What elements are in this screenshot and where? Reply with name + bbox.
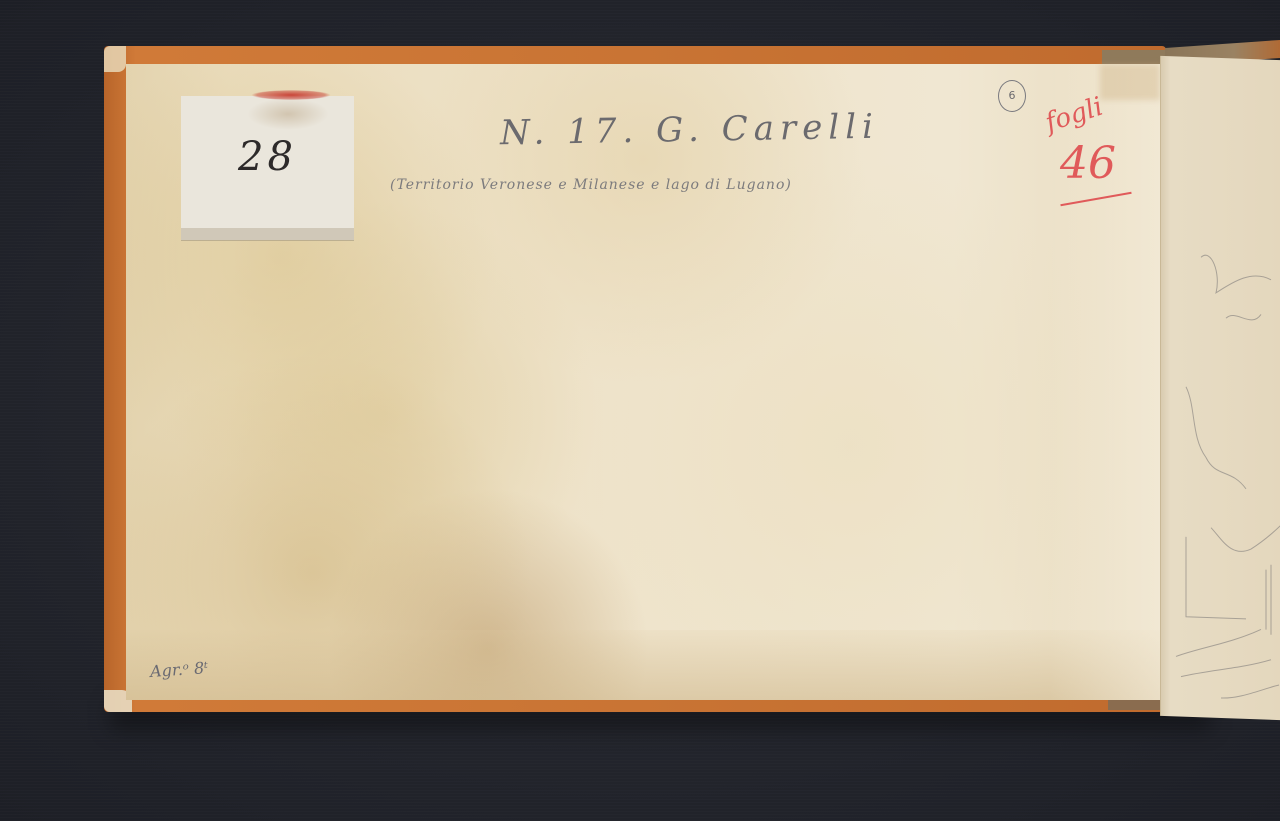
pencil-sketch-icon — [1161, 56, 1280, 720]
handwritten-subtitle: (Territorio Veronese e Milanese e lago d… — [390, 177, 792, 193]
label-stain — [247, 98, 329, 130]
label-number: 28 — [181, 134, 354, 180]
worn-corner-top-left — [104, 46, 126, 72]
handwritten-title: N. 17. G. Carelli — [500, 107, 880, 154]
facing-page-sketch — [1160, 56, 1280, 720]
label-bottom-strip — [181, 228, 354, 240]
catalogue-label: 28 — [181, 96, 354, 240]
fogli-count: 46 — [1060, 138, 1116, 189]
stain-top-right — [1100, 64, 1160, 100]
stain-band-bottom — [126, 630, 1160, 700]
corner-pencil-note: Agr.ᵒ 8ᵗ — [149, 658, 208, 681]
circled-number: 6 — [998, 80, 1026, 112]
